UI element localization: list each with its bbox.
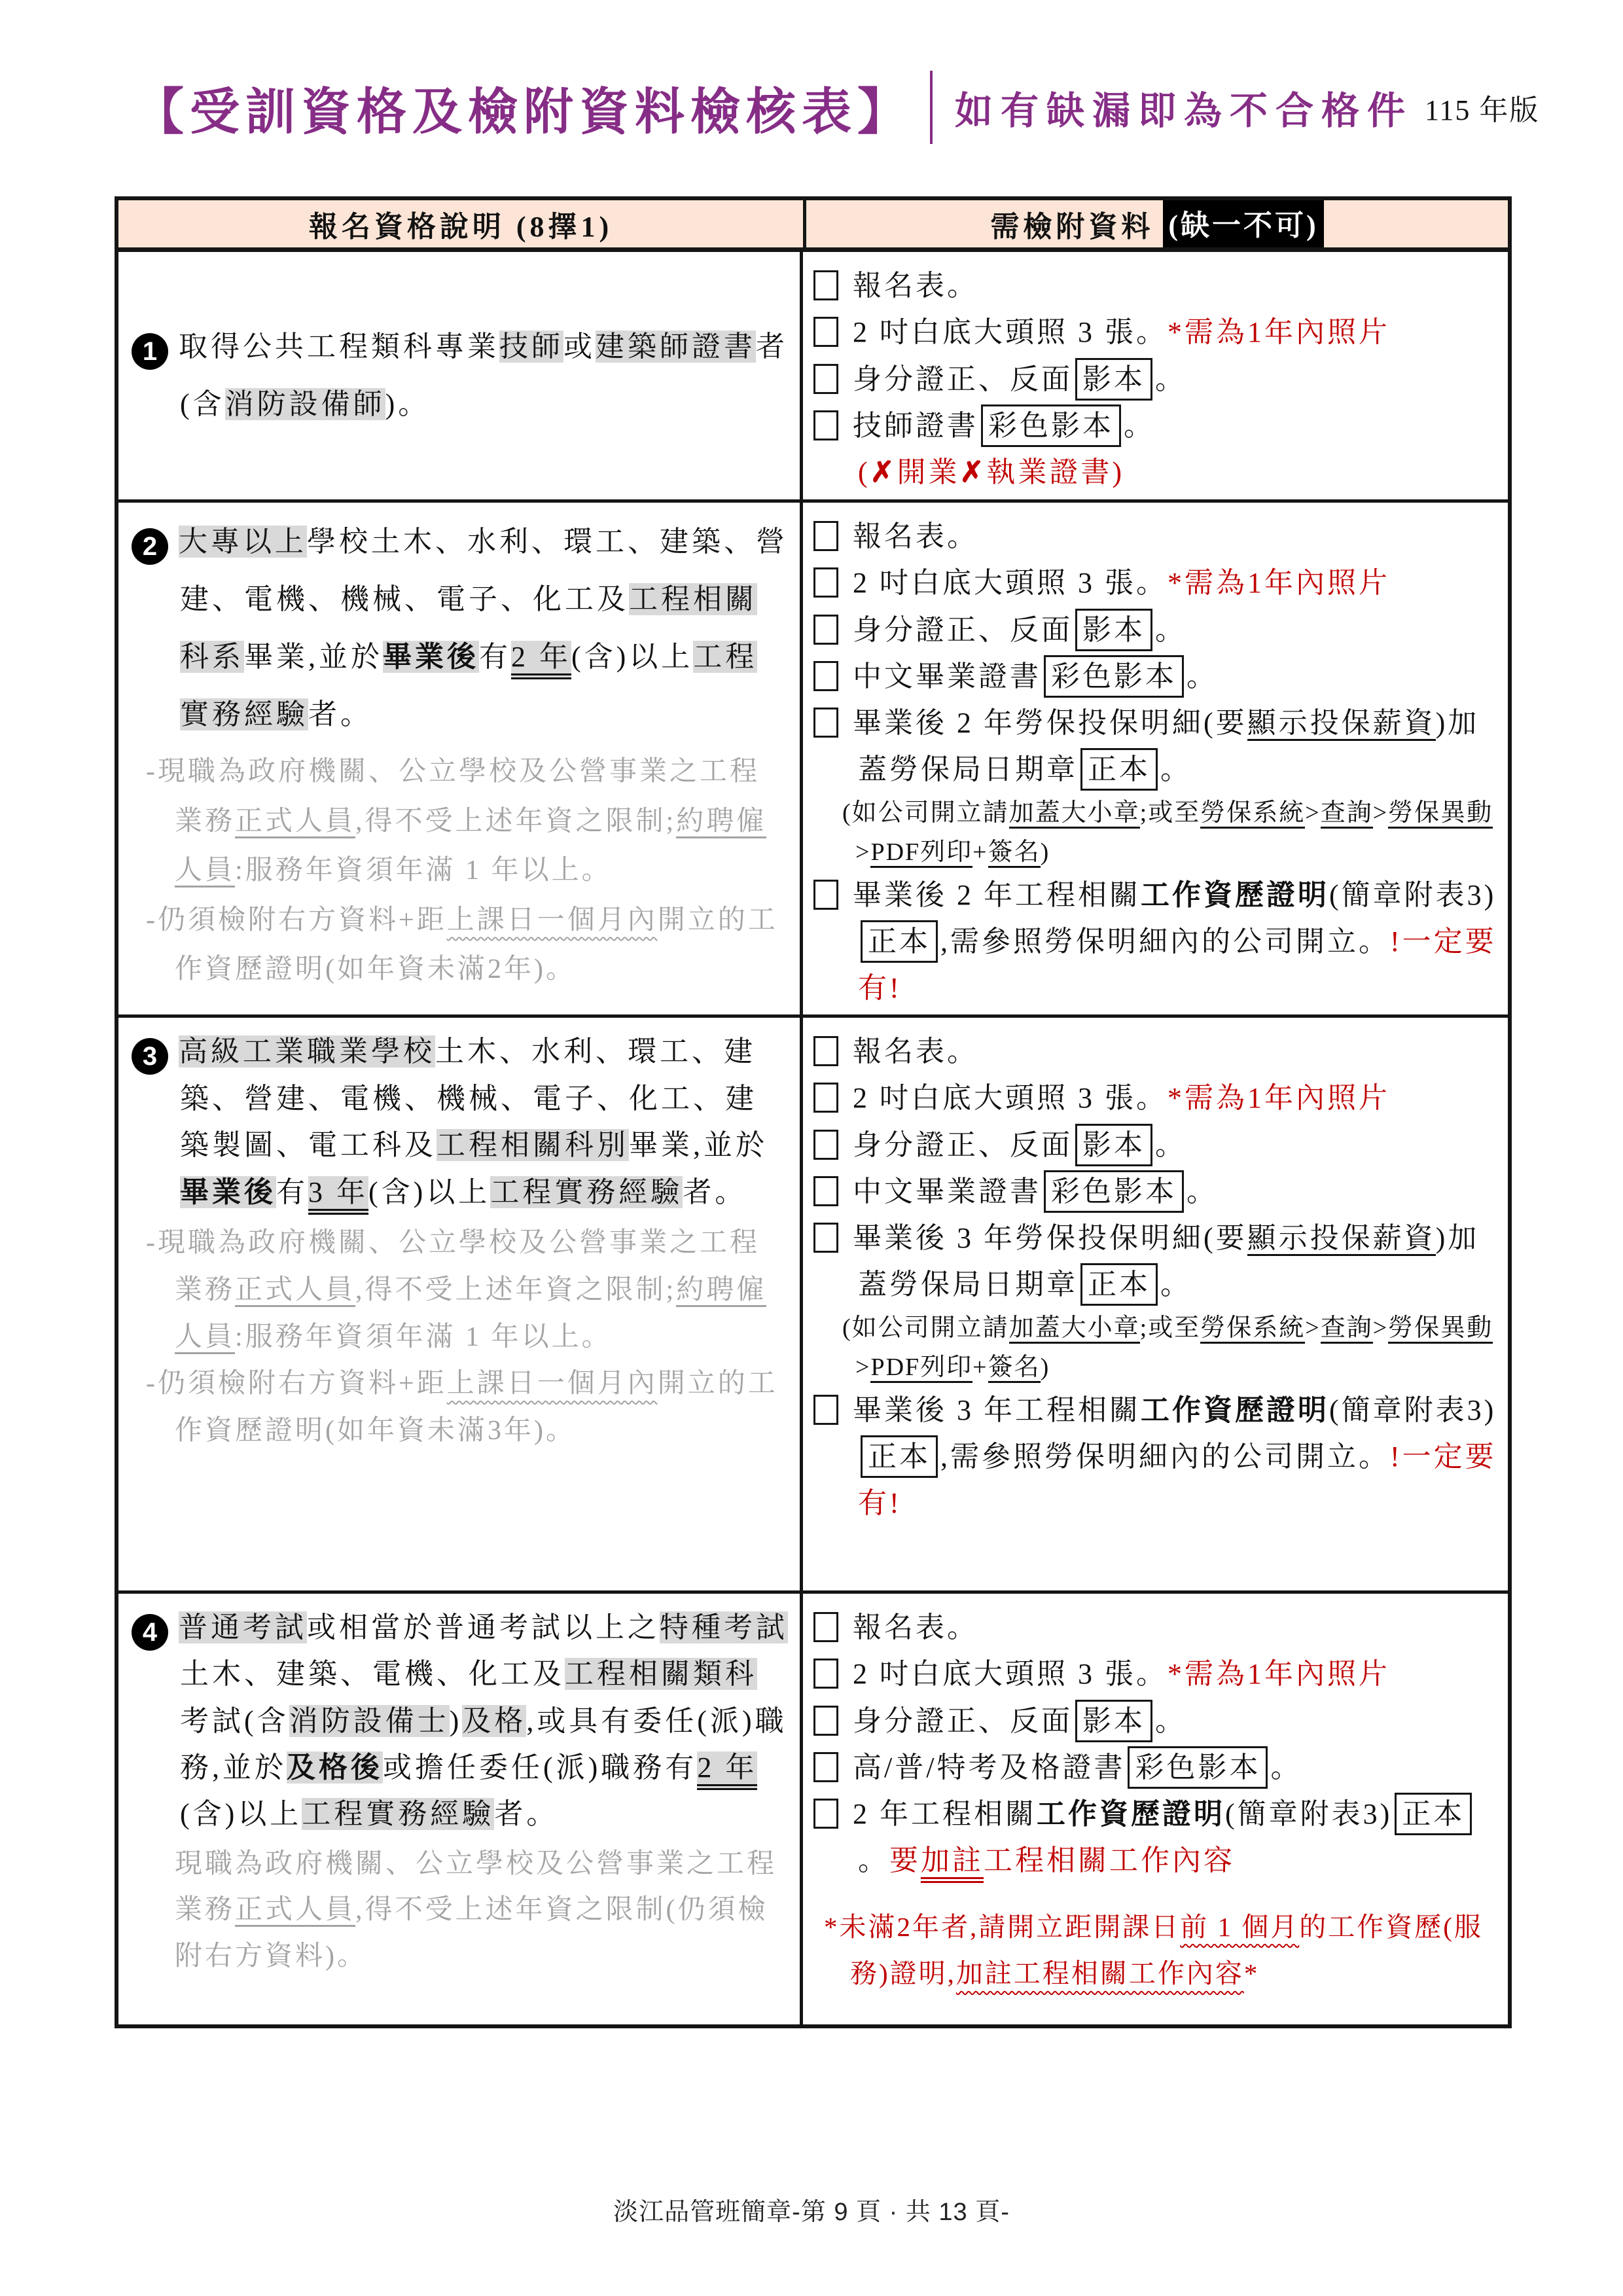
documents-list: 報名表。2 吋白底大頭照 3 張。*需為1年內照片身分證正、反面影本。高/普/特… xyxy=(813,1604,1499,1998)
document-note: (✗開業✗執業證書) xyxy=(813,449,1499,495)
documents-cell: 報名表。2 吋白底大頭照 3 張。*需為1年內照片身分證正、反面影本。中文畢業證… xyxy=(803,503,1508,1014)
row-number-badge: 1 xyxy=(132,333,168,370)
checkbox[interactable] xyxy=(813,521,838,551)
footer-text: 淡江品管班簡章-第 9 頁 · 共 13 頁- xyxy=(613,2198,1010,2226)
document-note: (如公司開立請加蓋大小章;或至勞保系統>查詢>勞保異動>PDF列印+簽名) xyxy=(813,1308,1499,1387)
document-item: 報名表。 xyxy=(813,513,1499,560)
qualification-text: 4普通考試或相當於普通考試以上之特種考試土木、建築、電機、化工及工程相關類科考試… xyxy=(132,1604,788,1837)
checkbox[interactable] xyxy=(813,364,838,394)
checkbox[interactable] xyxy=(813,1612,838,1642)
row-number-badge: 4 xyxy=(132,1614,168,1651)
documents-cell: 報名表。2 吋白底大頭照 3 張。*需為1年內照片身分證正、反面影本。技師證書彩… xyxy=(803,252,1508,499)
document-item: 技師證書彩色影本。 xyxy=(813,403,1499,449)
title-divider xyxy=(930,71,933,144)
qualification-segments: 取得公共工程類科專業技師或建築師證書者(含消防設備師)。 xyxy=(179,331,788,420)
documents-list: 報名表。2 吋白底大頭照 3 張。*需為1年內照片身分證正、反面影本。技師證書彩… xyxy=(813,262,1499,495)
page-footer: 淡江品管班簡章-第 9 頁 · 共 13 頁- xyxy=(0,2191,1623,2227)
checkbox[interactable] xyxy=(813,1036,838,1066)
document-page: 【受訓資格及檢附資料檢核表】 如有缺漏即為不合格件 115 年版 報名資格說明 … xyxy=(0,0,1623,2296)
qualification-cell: 3高級工業職業學校土木、水利、環工、建築、營建、電機、機械、電子、化工、建築製圖… xyxy=(118,1018,803,1590)
table-rows: 1取得公共工程類科專業技師或建築師證書者(含消防設備師)。 報名表。2 吋白底大… xyxy=(118,252,1508,2024)
checkbox[interactable] xyxy=(813,708,838,738)
page-title: 【受訓資格及檢附資料檢核表】 xyxy=(134,72,913,143)
qualification-text: 3高級工業職業學校土木、水利、環工、建築、營建、電機、機械、電子、化工、建築製圖… xyxy=(132,1028,788,1216)
qualification-note: -仍須檢附右方資料+距上課日一個月內開立的工作資歷證明(如年資未滿2年)。 xyxy=(132,896,788,995)
row-number-badge: 3 xyxy=(132,1038,168,1075)
checkbox[interactable] xyxy=(813,1659,838,1689)
table-header: 報名資格說明 (8擇1) 需檢附資料 (缺一不可) xyxy=(118,200,1508,252)
checkbox[interactable] xyxy=(813,317,838,347)
qualification-note: -現職為政府機關、公立學校及公營事業之工程業務正式人員,得不受上述年資之限制;約… xyxy=(132,1220,788,1361)
table-row: 1取得公共工程類科專業技師或建築師證書者(含消防設備師)。 報名表。2 吋白底大… xyxy=(118,252,1508,503)
checkbox[interactable] xyxy=(813,1130,838,1160)
header-documents: 需檢附資料 (缺一不可) xyxy=(803,200,1508,247)
documents-required-badge: (缺一不可) xyxy=(1163,200,1323,247)
documents-list: 報名表。2 吋白底大頭照 3 張。*需為1年內照片身分證正、反面影本。中文畢業證… xyxy=(813,1028,1499,1526)
document-item: 報名表。 xyxy=(813,1028,1499,1075)
qualification-cell: 1取得公共工程類科專業技師或建築師證書者(含消防設備師)。 xyxy=(118,252,803,499)
qualification-segments: 大專以上學校土木、水利、環工、建築、營建、電機、機械、電子、化工及工程相關科系畢… xyxy=(179,526,788,730)
qualification-note: -現職為政府機關、公立學校及公營事業之工程業務正式人員,得不受上述年資之限制;約… xyxy=(132,747,788,896)
checkbox[interactable] xyxy=(813,1799,838,1829)
document-item: 2 吋白底大頭照 3 張。*需為1年內照片 xyxy=(813,560,1499,606)
qualification-note: -仍須檢附右方資料+距上課日一個月內開立的工作資歷證明(如年資未滿3年)。 xyxy=(132,1361,788,1455)
document-item: 報名表。 xyxy=(813,1604,1499,1651)
qualification-segments: 高級工業職業學校土木、水利、環工、建築、營建、電機、機械、電子、化工、建築製圖、… xyxy=(179,1035,768,1215)
page-subtitle: 如有缺漏即為不合格件 xyxy=(955,80,1413,135)
document-item: 畢業後 2 年工程相關工作資歷證明(簡章附表3)正本,需參照勞保明細內的公司開立… xyxy=(813,872,1499,1012)
document-item: 畢業後 3 年工程相關工作資歷證明(簡章附表3)正本,需參照勞保明細內的公司開立… xyxy=(813,1387,1499,1527)
row-number-badge: 2 xyxy=(132,528,168,565)
document-item: 2 年工程相關工作資歷證明(簡章附表3)正本。要加註工程相關工作內容 xyxy=(813,1791,1499,1884)
checkbox[interactable] xyxy=(813,880,838,910)
documents-cell: 報名表。2 吋白底大頭照 3 張。*需為1年內照片身分證正、反面影本。中文畢業證… xyxy=(803,1018,1508,1590)
checkbox[interactable] xyxy=(813,1083,838,1113)
checkbox[interactable] xyxy=(813,410,838,440)
document-item: 中文畢業證書彩色影本。 xyxy=(813,653,1499,700)
qualification-segments: 普通考試或相當於普通考試以上之特種考試土木、建築、電機、化工及工程相關類科考試(… xyxy=(179,1611,788,1830)
table-row: 3高級工業職業學校土木、水利、環工、建築、營建、電機、機械、電子、化工、建築製圖… xyxy=(118,1018,1508,1594)
checkbox[interactable] xyxy=(813,1395,838,1425)
qualification-cell: 4普通考試或相當於普通考試以上之特種考試土木、建築、電機、化工及工程相關類科考試… xyxy=(118,1594,803,2024)
document-item: 畢業後 3 年勞保投保明細(要顯示投保薪資)加蓋勞保局日期章正本。 xyxy=(813,1215,1499,1308)
document-note: (如公司開立請加蓋大小章;或至勞保系統>查詢>勞保異動>PDF列印+簽名) xyxy=(813,793,1499,872)
documents-cell: 報名表。2 吋白底大頭照 3 張。*需為1年內照片身分證正、反面影本。高/普/特… xyxy=(803,1594,1508,2024)
document-item: 高/普/特考及格證書彩色影本。 xyxy=(813,1744,1499,1791)
table-row: 4普通考試或相當於普通考試以上之特種考試土木、建築、電機、化工及工程相關類科考試… xyxy=(118,1594,1508,2024)
header-qualification: 報名資格說明 (8擇1) xyxy=(118,200,803,247)
qualification-cell: 2大專以上學校土木、水利、環工、建築、營建、電機、機械、電子、化工及工程相關科系… xyxy=(118,503,803,1014)
document-item: 身分證正、反面影本。 xyxy=(813,1698,1499,1744)
document-item: 身分證正、反面影本。 xyxy=(813,1122,1499,1168)
qualification-text: 1取得公共工程類科專業技師或建築師證書者(含消防設備師)。 xyxy=(132,318,788,433)
document-item: 2 吋白底大頭照 3 張。*需為1年內照片 xyxy=(813,1075,1499,1121)
document-note: *未滿2年者,請開立距開課日前 1 個月的工作資歷(服務)證明,加註工程相關工作… xyxy=(813,1904,1499,1998)
qualification-text: 2大專以上學校土木、水利、環工、建築、營建、電機、機械、電子、化工及工程相關科系… xyxy=(132,513,788,744)
checkbox[interactable] xyxy=(813,615,838,645)
version-label: 115 年版 xyxy=(1425,86,1539,128)
document-item: 2 吋白底大頭照 3 張。*需為1年內照片 xyxy=(813,309,1499,355)
checkbox[interactable] xyxy=(813,1176,838,1206)
documents-list: 報名表。2 吋白底大頭照 3 張。*需為1年內照片身分證正、反面影本。中文畢業證… xyxy=(813,513,1499,1011)
checkbox[interactable] xyxy=(813,1706,838,1736)
header-documents-label: 需檢附資料 xyxy=(990,203,1154,245)
table-row: 2大專以上學校土木、水利、環工、建築、營建、電機、機械、電子、化工及工程相關科系… xyxy=(118,503,1508,1018)
checklist-table: 報名資格說明 (8擇1) 需檢附資料 (缺一不可) 1取得公共工程類科專業技師或… xyxy=(115,196,1512,2028)
document-item: 報名表。 xyxy=(813,262,1499,309)
qualification-note: 現職為政府機關、公立學校及公營事業之工程業務正式人員,得不受上述年資之限制(仍須… xyxy=(132,1841,788,1979)
page-title-bar: 【受訓資格及檢附資料檢核表】 如有缺漏即為不合格件 115 年版 xyxy=(134,71,1544,144)
qualification-notes: 現職為政府機關、公立學校及公營事業之工程業務正式人員,得不受上述年資之限制(仍須… xyxy=(132,1841,788,1979)
checkbox[interactable] xyxy=(813,661,838,691)
checkbox[interactable] xyxy=(813,1223,838,1253)
document-item: 身分證正、反面影本。 xyxy=(813,356,1499,403)
qualification-notes: -現職為政府機關、公立學校及公營事業之工程業務正式人員,得不受上述年資之限制;約… xyxy=(132,1220,788,1455)
checkbox[interactable] xyxy=(813,1752,838,1782)
document-item: 畢業後 2 年勞保投保明細(要顯示投保薪資)加蓋勞保局日期章正本。 xyxy=(813,700,1499,793)
document-item: 2 吋白底大頭照 3 張。*需為1年內照片 xyxy=(813,1651,1499,1697)
document-item: 中文畢業證書彩色影本。 xyxy=(813,1168,1499,1215)
document-item: 身分證正、反面影本。 xyxy=(813,607,1499,653)
checkbox[interactable] xyxy=(813,567,838,598)
checkbox[interactable] xyxy=(813,270,838,300)
qualification-notes: -現職為政府機關、公立學校及公營事業之工程業務正式人員,得不受上述年資之限制;約… xyxy=(132,747,788,995)
